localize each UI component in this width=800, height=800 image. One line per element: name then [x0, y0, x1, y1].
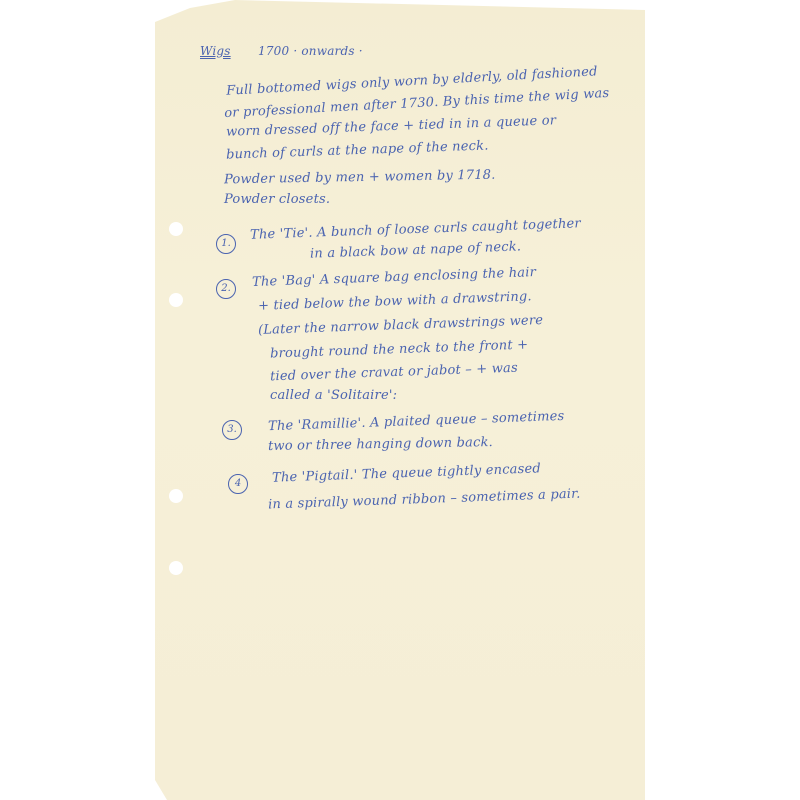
item-line: called a 'Solitaire':: [270, 388, 397, 403]
punch-hole: [169, 561, 183, 575]
item-number: 2.: [216, 279, 236, 299]
item-number: 1.: [216, 234, 236, 254]
punch-hole: [169, 489, 183, 503]
punch-hole: [169, 293, 183, 307]
item-number: 4: [228, 474, 248, 494]
item-number: 3.: [222, 420, 242, 440]
page-title: Wigs: [200, 44, 231, 58]
page-subtitle: 1700 · onwards ·: [258, 44, 363, 58]
intro-line: Powder closets.: [224, 192, 330, 207]
punch-hole: [169, 222, 183, 236]
